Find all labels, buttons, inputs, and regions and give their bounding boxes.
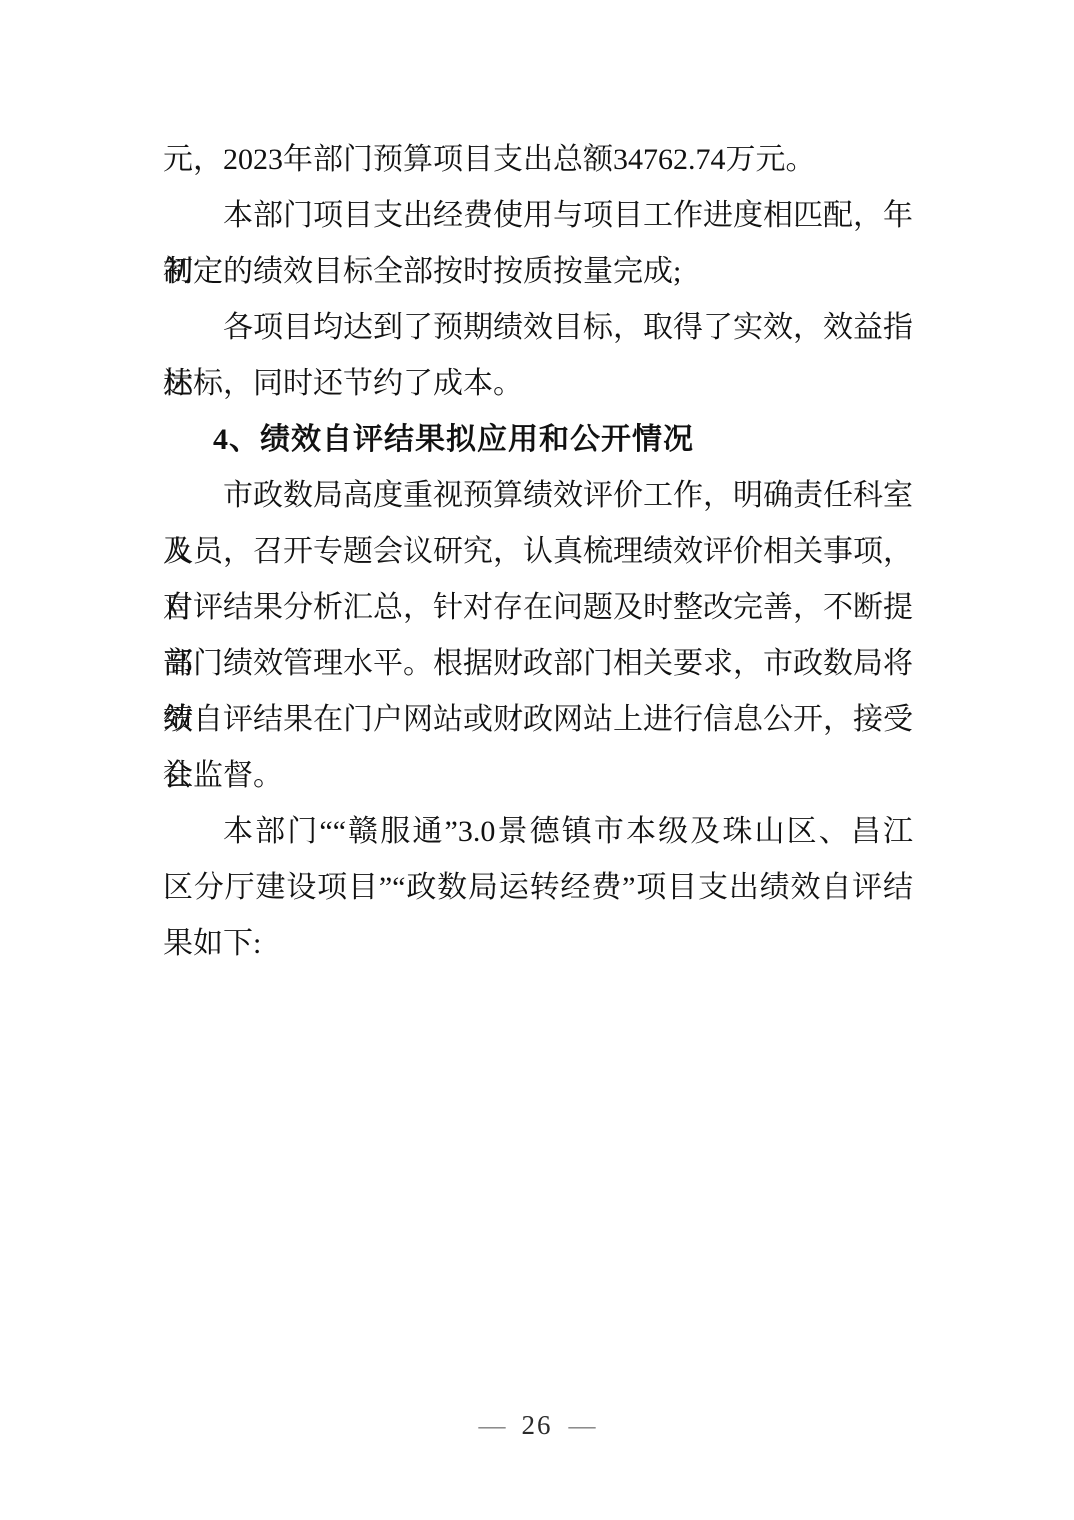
body-line: 效自评结果在门户网站或财政网站上进行信息公开，接受社 xyxy=(163,692,913,748)
page-number: 26 xyxy=(522,1410,553,1440)
body-line: 区分厅建设项目”“政数局运转经费”项目支出绩效自评结 xyxy=(163,860,913,916)
body-line: 各项目均达到了预期绩效目标，取得了实效，效益指标 xyxy=(163,300,913,356)
body-line: 本部门““赣服通”3.0景德镇市本级及珠山区、昌江 xyxy=(163,804,913,860)
document-body: 元，2023年部门预算项目支出总额34762.74万元。 本部门项目支出经费使用… xyxy=(163,132,913,972)
body-line: 人员，召开专题会议研究，认真梳理绩效评价相关事项，对 xyxy=(163,524,913,580)
body-line: 本部门项目支出经费使用与项目工作进度相匹配，年初 xyxy=(163,188,913,244)
body-line: 市政数局高度重视预算绩效评价工作，明确责任科室及 xyxy=(163,468,913,524)
body-line: 自评结果分析汇总，针对存在问题及时整改完善，不断提高 xyxy=(163,580,913,636)
body-line: 元，2023年部门预算项目支出总额34762.74万元。 xyxy=(163,132,913,188)
page-footer: —26— xyxy=(0,1405,1074,1445)
section-heading: 4、绩效自评结果拟应用和公开情况 xyxy=(163,412,913,468)
body-line: 达标，同时还节约了成本。 xyxy=(163,356,913,412)
document-page: 元，2023年部门预算项目支出总额34762.74万元。 本部门项目支出经费使用… xyxy=(0,0,1074,1520)
body-line: 制定的绩效目标全部按时按质按量完成; xyxy=(163,244,913,300)
body-line: 会监督。 xyxy=(163,748,913,804)
footer-right-dash: — xyxy=(553,1410,612,1440)
body-line: 部门绩效管理水平。根据财政部门相关要求，市政数局将绩 xyxy=(163,636,913,692)
footer-left-dash: — xyxy=(463,1410,522,1440)
body-line: 果如下: xyxy=(163,916,913,972)
